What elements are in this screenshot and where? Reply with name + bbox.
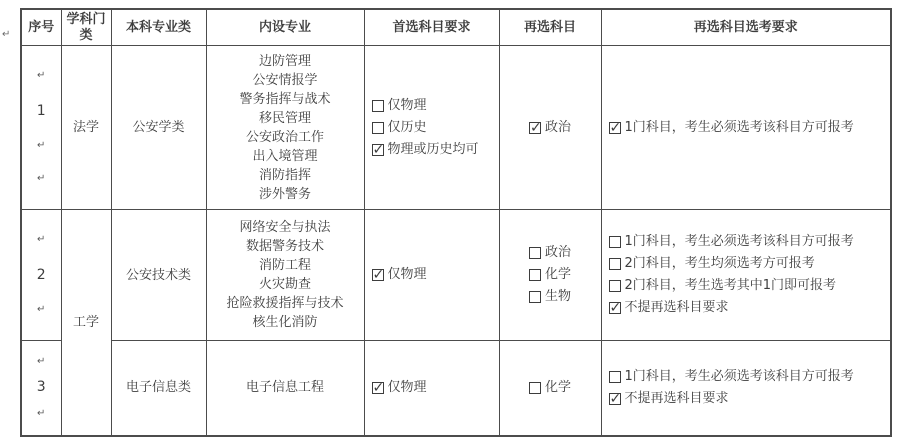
option-list: 仅物理 [372, 377, 427, 399]
checkbox-icon [372, 122, 384, 134]
seq-stack: ↵ 1 ↵ ↵ [22, 49, 61, 207]
primary-subject-cell: 仅物理 [364, 210, 499, 341]
option-label: 政治 [545, 117, 571, 139]
seq-cell: ↵ 1 ↵ ↵ [21, 46, 61, 210]
option-label: 化学 [545, 264, 571, 286]
option-list: 化学 [529, 377, 571, 399]
major-item: 警务指挥与战术 [207, 90, 364, 109]
option-label: 仅物理 [388, 95, 427, 117]
major-item: 数据警务技术 [207, 237, 364, 256]
checkbox-icon [609, 280, 621, 292]
option-list: 1门科目，考生必须选考该科目方可报考 不提再选科目要求 [609, 366, 854, 410]
checkbox-option: 仅物理 [372, 377, 427, 399]
checkbox-option: 不提再选科目要求 [609, 297, 854, 319]
option-label: 仅物理 [388, 264, 427, 286]
major-class-cell: 公安学类 [111, 46, 206, 210]
table-row: ↵ 1 ↵ ↵ 法学 公安学类 边防管理 公安情报学 警务指挥与战术 移民管理 … [21, 46, 891, 210]
primary-subject-cell: 仅物理 仅历史 物理或历史均可 [364, 46, 499, 210]
checkbox-icon [529, 382, 541, 394]
checkbox-option: 仅物理 [372, 264, 427, 286]
requirements-cell: 1门科目，考生必须选考该科目方可报考 [601, 46, 891, 210]
checkbox-option: 1门科目，考生必须选考该科目方可报考 [609, 117, 854, 139]
checkbox-option: 仅历史 [372, 117, 479, 139]
option-list: 政治 化学 生物 [529, 242, 571, 308]
checkbox-option: 不提再选科目要求 [609, 388, 854, 410]
checkbox-icon [609, 258, 621, 270]
header-reselect-subject: 再选科目 [499, 9, 601, 46]
majors-cell: 网络安全与执法 数据警务技术 消防工程 火灾勘查 抢险救援指挥与技术 核生化消防 [206, 210, 364, 341]
reselect-cell: 政治 化学 生物 [499, 210, 601, 341]
checkbox-option: 化学 [529, 264, 571, 286]
option-label: 2门科目，考生均须选考方可报考 [625, 253, 815, 275]
major-item: 消防工程 [207, 256, 364, 275]
seq-number: 1 [37, 104, 46, 119]
discipline-cell: 法学 [61, 46, 111, 210]
option-label: 1门科目，考生必须选考该科目方可报考 [625, 366, 854, 388]
checkbox-icon [609, 236, 621, 248]
paragraph-mark: ↵ [37, 305, 45, 315]
option-list: 仅物理 仅历史 物理或历史均可 [372, 95, 479, 161]
major-item: 公安政治工作 [207, 128, 364, 147]
option-label: 仅历史 [388, 117, 427, 139]
checkbox-icon [529, 291, 541, 303]
discipline-label: 工学 [73, 315, 99, 330]
majors-list: 边防管理 公安情报学 警务指挥与战术 移民管理 公安政治工作 出入境管理 消防指… [207, 52, 364, 204]
primary-subject-cell: 仅物理 [364, 341, 499, 436]
major-class-cell: 公安技术类 [111, 210, 206, 341]
option-label: 生物 [545, 286, 571, 308]
majors-cell: 电子信息工程 [206, 341, 364, 436]
option-list: 政治 [529, 117, 571, 139]
table-row: ↵ 3 ↵ 电子信息类 电子信息工程 仅物理 [21, 341, 891, 436]
paragraph-mark: ↵ [37, 71, 45, 81]
checkbox-icon [609, 302, 621, 314]
major-item: 出入境管理 [207, 147, 364, 166]
option-label: 1门科目，考生必须选考该科目方可报考 [625, 117, 854, 139]
paragraph-mark: ↵ [2, 29, 10, 40]
checkbox-icon [372, 100, 384, 112]
checkbox-option: 2门科目，考生均须选考方可报考 [609, 253, 854, 275]
major-class-cell: 电子信息类 [111, 341, 206, 436]
paragraph-mark: ↵ [37, 174, 45, 184]
checkbox-icon [529, 269, 541, 281]
major-class-label: 电子信息类 [126, 380, 191, 395]
requirements-cell: 1门科目，考生必须选考该科目方可报考 不提再选科目要求 [601, 341, 891, 436]
checkbox-icon [529, 247, 541, 259]
checkbox-icon [609, 393, 621, 405]
majors-list: 电子信息工程 [207, 378, 364, 397]
checkbox-icon [372, 144, 384, 156]
major-item: 网络安全与执法 [207, 218, 364, 237]
paragraph-mark: ↵ [37, 141, 45, 151]
seq-stack: ↵ 2 ↵ [22, 213, 61, 338]
major-item: 边防管理 [207, 52, 364, 71]
checkbox-option: 2门科目，考生选考其中1门即可报考 [609, 275, 854, 297]
reselect-cell: 化学 [499, 341, 601, 436]
checkbox-option: 生物 [529, 286, 571, 308]
option-label: 物理或历史均可 [388, 139, 479, 161]
header-reselect-requirement: 再选科目选考要求 [601, 9, 891, 46]
discipline-cell: 工学 [61, 210, 111, 436]
table-header-row: 序号 学科门类 本科专业类 内设专业 首选科目要求 再选科目 再选科目选考要求 [21, 9, 891, 46]
reselect-cell: 政治 [499, 46, 601, 210]
option-label: 1门科目，考生必须选考该科目方可报考 [625, 231, 854, 253]
header-majors: 内设专业 [206, 9, 364, 46]
option-label: 仅物理 [388, 377, 427, 399]
checkbox-option: 化学 [529, 377, 571, 399]
checkbox-option: 仅物理 [372, 95, 479, 117]
major-item: 火灾勘查 [207, 275, 364, 294]
checkbox-icon [372, 382, 384, 394]
checkbox-option: 物理或历史均可 [372, 139, 479, 161]
checkbox-option: 政治 [529, 117, 571, 139]
option-list: 1门科目，考生必须选考该科目方可报考 2门科目，考生均须选考方可报考 2门科目，… [609, 231, 854, 319]
checkbox-option: 政治 [529, 242, 571, 264]
checkbox-icon [609, 371, 621, 383]
seq-number: 2 [37, 268, 46, 283]
major-item: 公安情报学 [207, 71, 364, 90]
checkbox-icon [609, 122, 621, 134]
discipline-label: 法学 [73, 120, 99, 135]
major-item: 涉外警务 [207, 185, 364, 204]
header-discipline: 学科门类 [61, 9, 111, 46]
major-class-label: 公安技术类 [126, 268, 191, 283]
checkbox-icon [372, 269, 384, 281]
header-major-class: 本科专业类 [111, 9, 206, 46]
option-label: 不提再选科目要求 [625, 388, 729, 410]
seq-number: 3 [37, 380, 46, 395]
subject-requirements-table: 序号 学科门类 本科专业类 内设专业 首选科目要求 再选科目 再选科目选考要求 … [20, 8, 892, 437]
option-label: 化学 [545, 377, 571, 399]
checkbox-icon [529, 122, 541, 134]
major-item: 电子信息工程 [207, 378, 364, 397]
header-seq: 序号 [21, 9, 61, 46]
major-class-label: 公安学类 [132, 120, 184, 135]
checkbox-option: 1门科目，考生必须选考该科目方可报考 [609, 366, 854, 388]
paragraph-mark: ↵ [37, 409, 45, 419]
requirements-cell: 1门科目，考生必须选考该科目方可报考 2门科目，考生均须选考方可报考 2门科目，… [601, 210, 891, 341]
table-row: ↵ 2 ↵ 工学 公安技术类 网络安全与执法 数据警务技术 消防工程 火灾勘查 … [21, 210, 891, 341]
option-label: 政治 [545, 242, 571, 264]
header-primary-subject: 首选科目要求 [364, 9, 499, 46]
seq-cell: ↵ 3 ↵ [21, 341, 61, 436]
option-list: 1门科目，考生必须选考该科目方可报考 [609, 117, 854, 139]
major-item: 移民管理 [207, 109, 364, 128]
majors-list: 网络安全与执法 数据警务技术 消防工程 火灾勘查 抢险救援指挥与技术 核生化消防 [207, 218, 364, 332]
major-item: 消防指挥 [207, 166, 364, 185]
paragraph-mark: ↵ [37, 357, 45, 367]
checkbox-option: 1门科目，考生必须选考该科目方可报考 [609, 231, 854, 253]
majors-cell: 边防管理 公安情报学 警务指挥与战术 移民管理 公安政治工作 出入境管理 消防指… [206, 46, 364, 210]
option-label: 不提再选科目要求 [625, 297, 729, 319]
major-item: 核生化消防 [207, 313, 364, 332]
paragraph-mark: ↵ [37, 235, 45, 245]
seq-cell: ↵ 2 ↵ [21, 210, 61, 341]
option-list: 仅物理 [372, 264, 427, 286]
option-label: 2门科目，考生选考其中1门即可报考 [625, 275, 837, 297]
major-item: 抢险救援指挥与技术 [207, 294, 364, 313]
seq-stack: ↵ 3 ↵ [22, 343, 61, 433]
